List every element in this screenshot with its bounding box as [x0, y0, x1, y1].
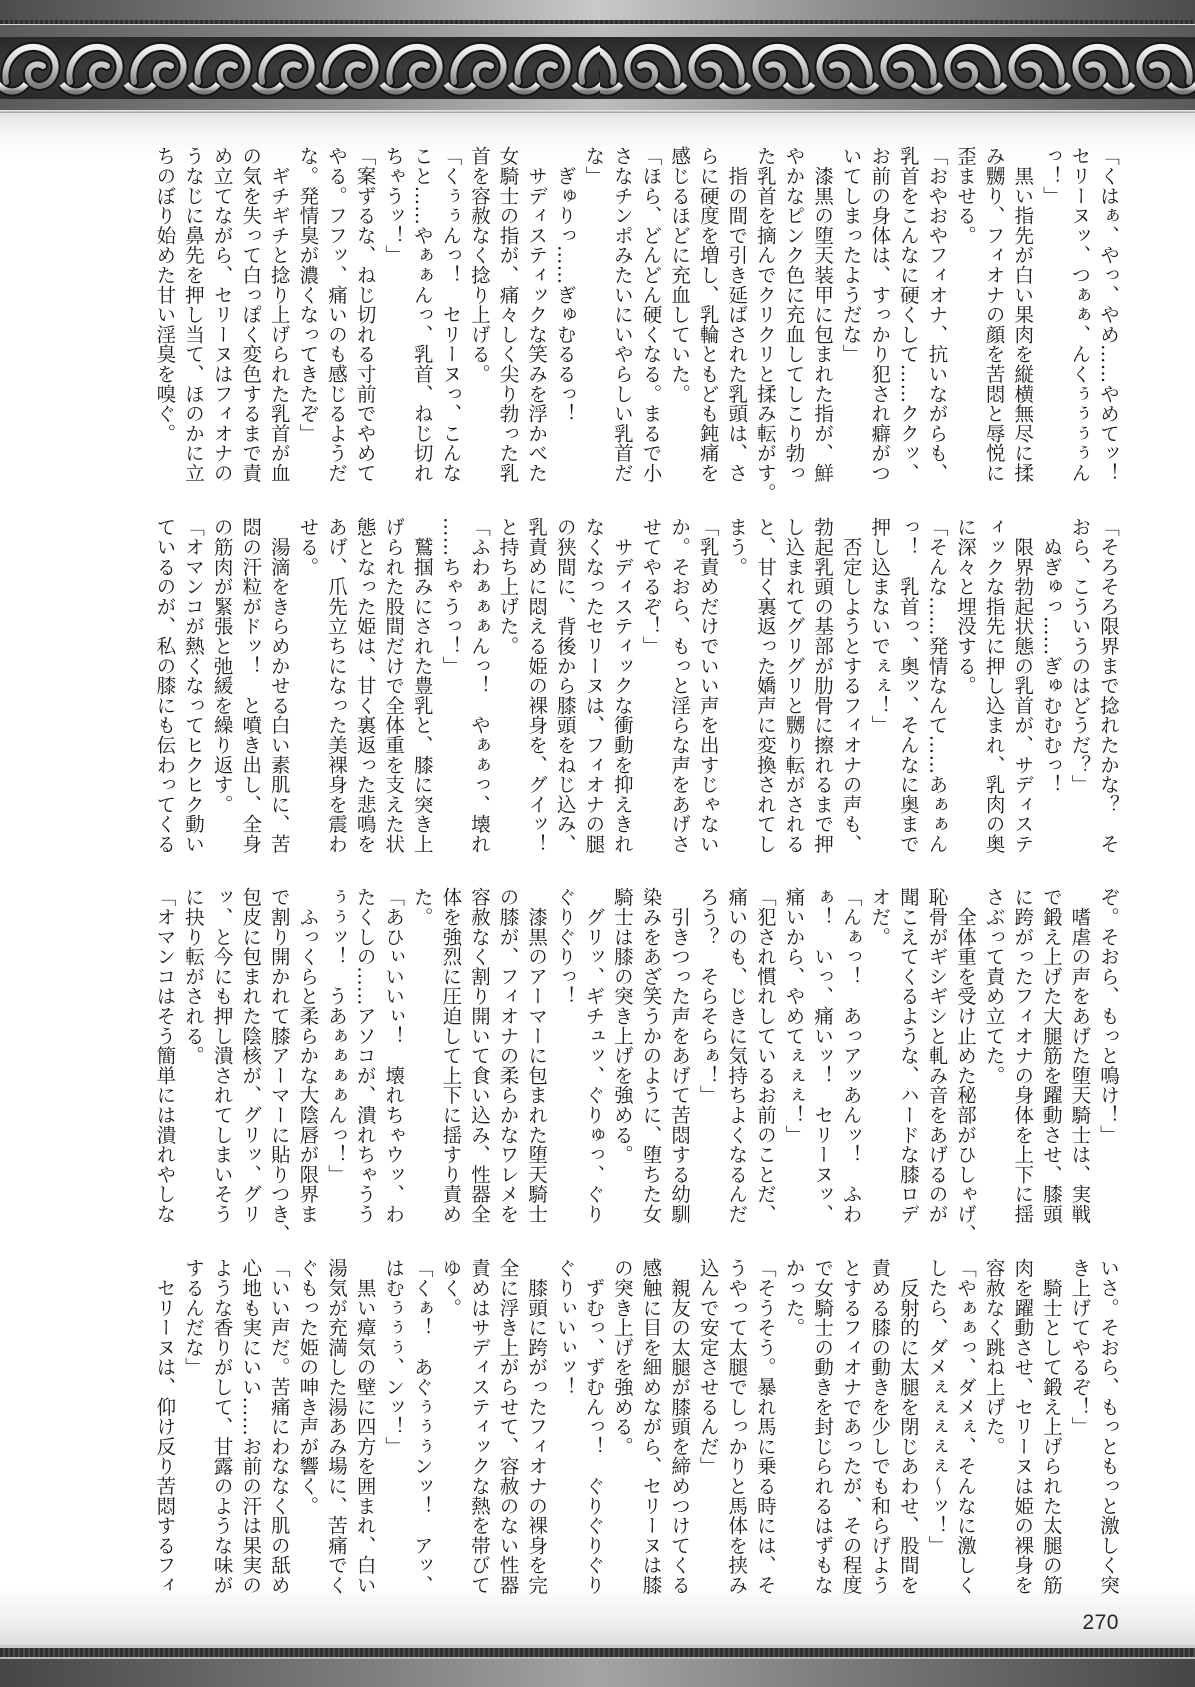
text-column: 鷲掴みにされた豊乳と、膝に突き上: [407, 517, 436, 854]
text-column: 漆黒の堕天装甲に包まれた指が、鮮: [807, 146, 836, 483]
text-column: サディスティックな衝動を抑えきれ: [607, 517, 636, 854]
text-column: 黒い瘴気の壁に四方を囲まれ、白い: [350, 1258, 379, 1595]
text-column: ふっくらと柔らかな大陰唇が限界ま: [293, 887, 322, 1224]
text-column: したら、ダメぇぇぇぇぇ～ッ！」: [922, 1258, 951, 1595]
text-column: まう。: [722, 517, 751, 854]
text-column: いてしまったようだな」: [836, 146, 865, 483]
text-column: ちのぼり始めた甘い淫臭を嗅ぐ。: [150, 146, 179, 483]
header-metal-band: [0, 0, 1195, 20]
text-column: ているのが、私の膝にも伝わってくる: [150, 517, 179, 854]
text-column: た乳首を摘んでクリクリと揉み転がす。: [750, 146, 779, 483]
text-column: おら、こういうのはどうだ？」: [1065, 517, 1094, 854]
text-column: いさ。そおら、もっともっと激しく突: [1093, 1258, 1122, 1595]
text-column: に跨がったフィオナの身体を上下に揺: [1008, 887, 1037, 1224]
text-column: オだ。: [865, 887, 894, 1224]
text-tier-2: 「そろそろ限界まで捻れたかな？ そおら、こういうのはどうだ？」 ぬぎゅっ……ぎゅ…: [149, 517, 1122, 854]
text-column: 膝頭に跨がったフィオナの裸身を完: [522, 1258, 551, 1595]
text-column: 反射的に太腿を閉じあわせ、股間を: [893, 1258, 922, 1595]
text-column: 「犯され慣れしているお前のことだ、: [750, 887, 779, 1224]
text-column: せてやるぞ！」: [636, 517, 665, 854]
text-column: 「くぅぅんっ！ セリーヌっ、こんな: [436, 146, 465, 483]
text-column: き上げてやるぞ！」: [1065, 1258, 1094, 1595]
text-column: 態となった姫は、甘く裏返った悲鳴を: [350, 517, 379, 854]
text-column: 否定しようとするフィオナの声も、: [836, 517, 865, 854]
text-column: 染みをあざ笑うかのように、堕ちた女: [636, 887, 665, 1224]
text-column: 「くぁ！ あぐぅぅぅンッ！ アッ、: [407, 1258, 436, 1595]
text-column: 痛いから、やめてぇぇぇ！」: [779, 887, 808, 1224]
text-column: 責めはサディスティックな熱を帯びて: [464, 1258, 493, 1595]
footer-border: [0, 1645, 1195, 1687]
text-column: 騎士は膝の突き上げを強める。: [607, 887, 636, 1224]
text-column: 感触に目を細めながら、セリーヌは膝: [636, 1258, 665, 1595]
text-column: 指の間で引き延ばされた乳頭は、さ: [722, 146, 751, 483]
text-column: ギチギチと捻り上げられた乳首が血: [264, 146, 293, 483]
text-column: 「くはぁ、やっ、やめ……やめてッ！: [1093, 146, 1122, 483]
text-column: 容赦なく跳ね上げた。: [979, 1258, 1008, 1595]
text-column: 「いい声だ。苦痛にわななく肌の舐め: [264, 1258, 293, 1595]
text-column: ぞ。そおら、もっと鳴け！」: [1093, 887, 1122, 1224]
text-column: らに硬度を増し、乳輪ともども鈍痛を: [693, 146, 722, 483]
text-column: セリーヌは、仰け反り苦悶するフィ: [150, 1258, 179, 1595]
text-column: 「ほら、どんどん硬くなる。まるで小: [636, 146, 665, 483]
text-column: で割り開かれて膝アーマーに貼りつき、: [264, 887, 293, 1224]
text-column: ろう？ そらそらぁ！」: [693, 887, 722, 1224]
text-column: 「オマンコが熱くなってヒクヒク動い: [178, 517, 207, 854]
text-column: 押し込まないでぇぇ！」: [865, 517, 894, 854]
text-column: 込んで安定させるんだ」: [693, 1258, 722, 1595]
header-metal-band-upper: [0, 25, 1195, 38]
text-column: 湯気が充満した湯あみ場に、苦痛でく: [321, 1258, 350, 1595]
text-column: ぎゅりっ……ぎゅむるるっ！: [550, 146, 579, 483]
text-column: うなじに鼻先を押し当て、ほのかに立: [178, 146, 207, 483]
text-column: ぁ！ いっ、痛いッ！ セリーヌッ、: [807, 887, 836, 1224]
text-column: と持ち上げた。: [493, 517, 522, 854]
text-column: 体を強烈に圧迫して上下に揺すり責め: [436, 887, 465, 1224]
text-column: なくなったセリーヌは、フィオナの腿: [579, 517, 608, 854]
text-column: グリッ、ギチュッ、ぐりゅっ、ぐり: [579, 887, 608, 1224]
text-column: と、甘く裏返った嬌声に変換されてし: [750, 517, 779, 854]
text-column: ゆく。: [436, 1258, 465, 1595]
footer-rule: [0, 1648, 1195, 1657]
text-column: な。発情臭が濃くなってきたぞ」: [293, 146, 322, 483]
celtic-knot-icon: [0, 38, 1195, 98]
text-column: セリーヌッ、つぁぁ、んくぅぅぅぅん: [1065, 146, 1094, 483]
text-column: ッ、と今にも押し潰されてしまいそう: [207, 887, 236, 1224]
text-column: はむぅぅぅ、ンッ！」: [379, 1258, 408, 1595]
text-column: 嗜虐の声をあげた堕天騎士は、実戦: [1065, 887, 1094, 1224]
text-column: っ！ 乳首っ、奥ッ、そんなに奥まで: [893, 517, 922, 854]
text-column: に深々と埋没する。: [950, 517, 979, 854]
text-column: 騎士として鍛え上げられた太腿の筋: [1036, 1258, 1065, 1595]
text-column: 心地も実にいい……お前の汗は果実の: [236, 1258, 265, 1595]
text-column: あげ、爪先立ちになった美裸身を震わ: [321, 517, 350, 854]
text-column: か。そおら、もっと淫らな声をあげさ: [665, 517, 694, 854]
text-column: とするフィオナであったが、その程度: [836, 1258, 865, 1595]
text-column: 限界勃起状態の乳首が、サディステ: [1008, 517, 1037, 854]
text-column: 湯滴をきらめかせる白い素肌に、苦: [264, 517, 293, 854]
text-column: 「そろそろ限界まで捻れたかな？ そ: [1093, 517, 1122, 854]
text-column: かった。: [779, 1258, 808, 1595]
text-column: ぐもった姫の呻き声が響く。: [293, 1258, 322, 1595]
text-column: の突き上げを強める。: [607, 1258, 636, 1595]
text-column: さなチンポみたいにいやらしい乳首だ: [607, 146, 636, 483]
text-column: で女騎士の動きを封じられるはずもな: [807, 1258, 836, 1595]
text-column: 「そうそう。暴れ馬に乗る時には、そ: [750, 1258, 779, 1595]
text-column: 包皮に包まれた陰核が、グリッ、グリ: [236, 887, 265, 1224]
text-column: さぶって責め立てた。: [979, 887, 1008, 1224]
text-column: するんだな」: [178, 1258, 207, 1595]
text-column: うやって太腿でしっかりと馬体を挟み: [722, 1258, 751, 1595]
text-column: たくしの……アソコが、潰れちゃうう: [350, 887, 379, 1224]
text-column: 「んぁっ！ あっアッあんッ！ ふわ: [836, 887, 865, 1224]
text-column: 「オマンコはそう簡単には潰れやしな: [150, 887, 179, 1224]
footer-metal-band: [0, 1659, 1195, 1687]
text-column: ちゃうッ！」: [379, 146, 408, 483]
text-column: 勃起乳頭の基部が肋骨に擦れるまで押: [807, 517, 836, 854]
text-column: ぐりぐりっ！: [550, 887, 579, 1224]
text-column: ぅぅッ！ うあぁぁぁぁんっ！」: [321, 887, 350, 1224]
text-column: ……ちゃうっ！」: [436, 517, 465, 854]
text-tier-3: ぞ。そおら、もっと鳴け！」 嗜虐の声をあげた堕天騎士は、実戦で鍛え上げた大腿筋を…: [149, 887, 1122, 1224]
text-column: 「案ずるな、ねじ切れる寸前でやめて: [350, 146, 379, 483]
text-column: み嬲り、フィオナの顔を苦悶と辱悦に: [979, 146, 1008, 483]
text-column: の筋肉が緊張と弛緩を繰り返す。: [207, 517, 236, 854]
text-tier-1: 「くはぁ、やっ、やめ……やめてッ！セリーヌッ、つぁぁ、んくぅぅぅぅんっ！」 黒い…: [149, 146, 1122, 483]
text-column: の気を失って白っぽく変色するまで責: [236, 146, 265, 483]
text-column: こと……やぁぁんっ、乳首、ねじ切れ: [407, 146, 436, 483]
text-column: 聞こえてくるような、ハードな膝ロデ: [893, 887, 922, 1224]
text-column: やかなピンク色に充血してしこり勃っ: [779, 146, 808, 483]
text-column: 乳責めに悶える姫の裸身を、グイッ！: [522, 517, 551, 854]
text-column: 肉を躍動させ、セリーヌは姫の裸身を: [1008, 1258, 1037, 1595]
text-column: 「やぁぁっ、ダメぇ、そんなに激しく: [950, 1258, 979, 1595]
text-column: ィックな指先に押し込まれ、乳肉の奥: [979, 517, 1008, 854]
page-number: 270: [1082, 1611, 1119, 1635]
text-column: 「そんな……発情なんて……あぁぁん: [922, 517, 951, 854]
text-column: サディスティックな笑みを浮かべた: [522, 146, 551, 483]
text-column: 「乳責めだけでいい声を出すじゃない: [693, 517, 722, 854]
text-column: 黒い指先が白い果肉を縦横無尽に揉: [1008, 146, 1037, 483]
text-column: 全に浮き上がらせて、容赦のない性器: [493, 1258, 522, 1595]
text-column: っ！」: [1036, 146, 1065, 483]
text-column: 首を容赦なく捻り上げる。: [464, 146, 493, 483]
text-column: し込まれてグリグリと嬲り転がされる: [779, 517, 808, 854]
text-column: に抉り転がされる。: [178, 887, 207, 1224]
header-border: [0, 0, 1195, 113]
text-column: 「あひぃいいぃ！ 壊れちゃウッ、わ: [379, 887, 408, 1224]
text-column: ずむっ、ずむんっ！ ぐりぐりぐり: [579, 1258, 608, 1595]
text-column: 「おやおやフィオナ、抗いながらも、: [922, 146, 951, 483]
text-column: な」: [579, 146, 608, 483]
text-column: ような香りがして、甘露のような味が: [207, 1258, 236, 1595]
text-column: 責める膝の動きを少しでも和らげよう: [865, 1258, 894, 1595]
text-column: 歪ませる。: [950, 146, 979, 483]
text-column: た。: [407, 887, 436, 1224]
text-column: げられた股間だけで全体重を支えた状: [379, 517, 408, 854]
text-column: め立てながら、セリーヌはフィオナの: [207, 146, 236, 483]
text-column: の狭間に、背後から膝頭をねじ込み、: [550, 517, 579, 854]
text-column: お前の身体は、すっかり犯され癖がつ: [865, 146, 894, 483]
text-column: 「ふわぁぁぁんっ！ やぁぁっ、壊れ: [464, 517, 493, 854]
text-column: 引きつった声をあげて苦悶する幼馴: [665, 887, 694, 1224]
text-column: やる。フフッ、痛いのも感じるようだ: [321, 146, 350, 483]
text-column: ぬぎゅっ……ぎゅむむむっ！: [1036, 517, 1065, 854]
text-column: 恥骨がギシギシと軋み音をあげるのが: [922, 887, 951, 1224]
header-edge: [0, 110, 1195, 113]
text-column: で鍛え上げた大腿筋を躍動させ、膝頭: [1036, 887, 1065, 1224]
text-column: 痛いのも、じきに気持ちよくなるんだ: [722, 887, 751, 1224]
text-column: 感じるほどに充血していた。: [665, 146, 694, 483]
text-column: 親友の太腿が膝頭を締めつけてくる: [665, 1258, 694, 1595]
text-column: 漆黒のアーマーに包まれた堕天騎士: [522, 887, 551, 1224]
text-column: 乳首をこんなに硬くして……ククッ、: [893, 146, 922, 483]
text-column: 全体重を受け止めた秘部がひしゃげ、: [950, 887, 979, 1224]
text-column: ぐりぃいぃッ！: [550, 1258, 579, 1595]
text-column: の膝が、フィオナの柔らかなワレメを: [493, 887, 522, 1224]
text-tier-4: いさ。そおら、もっともっと激しく突き上げてやるぞ！」 騎士として鍛え上げられた太…: [149, 1258, 1122, 1595]
text-column: 女騎士の指が、痛々しく尖り勃った乳: [493, 146, 522, 483]
text-column: せる。: [293, 517, 322, 854]
text-column: 悶の汗粒がドッ！ と噴き出し、全身: [236, 517, 265, 854]
text-column: 容赦なく割り開いて食い込み、性器全: [464, 887, 493, 1224]
